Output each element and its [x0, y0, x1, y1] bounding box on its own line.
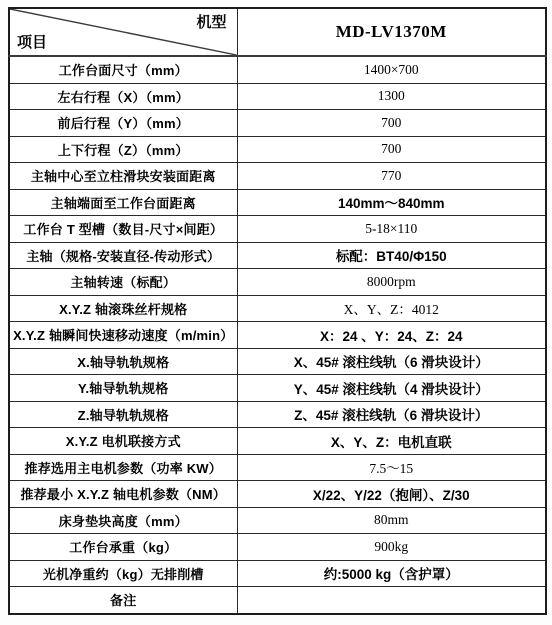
table-row: 工作台承重（kg） 900kg: [9, 534, 546, 561]
spec-label: 备注: [9, 587, 237, 614]
table-row: Y.轴导轨轨规格 Y、45# 滚柱线轨（4 滑块设计）: [9, 375, 546, 402]
spec-value: 770: [237, 163, 546, 190]
spec-label: 左右行程（X）（mm）: [9, 83, 237, 110]
spec-value: X、Y、Z：电机直联: [237, 428, 546, 455]
table-row: 推荐最小 X.Y.Z 轴电机参数（NM） X/22、Y/22（抱闸）、Z/30: [9, 481, 546, 508]
spec-label: 光机净重约（kg）无排削槽: [9, 560, 237, 587]
spec-label: 推荐最小 X.Y.Z 轴电机参数（NM）: [9, 481, 237, 508]
spec-value: 700: [237, 136, 546, 163]
spec-label: X.Y.Z 轴瞬间快速移动速度（m/min）: [9, 322, 237, 349]
spec-value: 7.5～15: [237, 454, 546, 481]
spec-value: Z、45# 滚柱线轨（6 滑块设计）: [237, 401, 546, 428]
spec-label: X.Y.Z 轴滚珠丝杆规格: [9, 295, 237, 322]
spec-label: X.轴导轨轨规格: [9, 348, 237, 375]
table-row: X.Y.Z 轴滚珠丝杆规格 X、Y、Z：4012: [9, 295, 546, 322]
spec-label: Z.轴导轨轨规格: [9, 401, 237, 428]
table-row: X.轴导轨轨规格 X、45# 滚柱线轨（6 滑块设计）: [9, 348, 546, 375]
table-row: 工作台 T 型槽（数目-尺寸×间距） 5-18×110: [9, 216, 546, 243]
table-row: 工作台面尺寸（mm） 1400×700: [9, 56, 546, 83]
spec-value: X、Y、Z：4012: [237, 295, 546, 322]
table-row: 主轴转速（标配） 8000rpm: [9, 269, 546, 296]
table-row: 备注: [9, 587, 546, 614]
spec-label: 主轴转速（标配）: [9, 269, 237, 296]
spec-value: X、45# 滚柱线轨（6 滑块设计）: [237, 348, 546, 375]
spec-label: 工作台 T 型槽（数目-尺寸×间距）: [9, 216, 237, 243]
table-row: 推荐选用主电机参数（功率 KW） 7.5～15: [9, 454, 546, 481]
table-row: 上下行程（Z）（mm） 700: [9, 136, 546, 163]
table-row: X.Y.Z 电机联接方式 X、Y、Z：电机直联: [9, 428, 546, 455]
spec-value: 8000rpm: [237, 269, 546, 296]
spec-value: [237, 587, 546, 614]
spec-value: 约:5000 kg（含护罩）: [237, 560, 546, 587]
spec-label: 工作台面尺寸（mm）: [9, 56, 237, 83]
spec-label: 主轴（规格-安装直径-传动形式）: [9, 242, 237, 269]
spec-value: 5-18×110: [237, 216, 546, 243]
table-row: 左右行程（X）（mm） 1300: [9, 83, 546, 110]
table-row: X.Y.Z 轴瞬间快速移动速度（m/min） X：24 、Y：24、Z：24: [9, 322, 546, 349]
table-row: Z.轴导轨轨规格 Z、45# 滚柱线轨（6 滑块设计）: [9, 401, 546, 428]
model-name: MD-LV1370M: [237, 8, 546, 56]
corner-label-model: 机型: [196, 11, 226, 32]
spec-value: 标配：BT40/Φ150: [237, 242, 546, 269]
spec-label: 主轴端面至工作台面距离: [9, 189, 237, 216]
spec-value: 80mm: [237, 507, 546, 534]
spec-sheet: 机型 项目 MD-LV1370M 工作台面尺寸（mm） 1400×700 左右行…: [8, 7, 547, 615]
corner-label-item: 项目: [17, 31, 47, 52]
spec-value: 140mm～840mm: [237, 189, 546, 216]
spec-value: 900kg: [237, 534, 546, 561]
table-row: 光机净重约（kg）无排削槽 约:5000 kg（含护罩）: [9, 560, 546, 587]
diagonal-corner-cell: 机型 项目: [9, 8, 237, 56]
table-row: 主轴（规格-安装直径-传动形式） 标配：BT40/Φ150: [9, 242, 546, 269]
table-row: 床身垫块高度（mm） 80mm: [9, 507, 546, 534]
spec-value: X：24 、Y：24、Z：24: [237, 322, 546, 349]
machine-spec-table: 机型 项目 MD-LV1370M 工作台面尺寸（mm） 1400×700 左右行…: [8, 7, 547, 615]
spec-label: 前后行程（Y）（mm）: [9, 110, 237, 137]
spec-label: 上下行程（Z）（mm）: [9, 136, 237, 163]
table-header-row: 机型 项目 MD-LV1370M: [9, 8, 546, 56]
spec-value: X/22、Y/22（抱闸）、Z/30: [237, 481, 546, 508]
spec-label: 推荐选用主电机参数（功率 KW）: [9, 454, 237, 481]
spec-value: 700: [237, 110, 546, 137]
spec-value: 1300: [237, 83, 546, 110]
spec-label: 主轴中心至立柱滑块安装面距离: [9, 163, 237, 190]
table-row: 主轴中心至立柱滑块安装面距离 770: [9, 163, 546, 190]
table-row: 前后行程（Y）（mm） 700: [9, 110, 546, 137]
spec-value: Y、45# 滚柱线轨（4 滑块设计）: [237, 375, 546, 402]
spec-label: 工作台承重（kg）: [9, 534, 237, 561]
spec-label: X.Y.Z 电机联接方式: [9, 428, 237, 455]
table-row: 主轴端面至工作台面距离 140mm～840mm: [9, 189, 546, 216]
spec-label: Y.轴导轨轨规格: [9, 375, 237, 402]
spec-label: 床身垫块高度（mm）: [9, 507, 237, 534]
spec-value: 1400×700: [237, 56, 546, 83]
